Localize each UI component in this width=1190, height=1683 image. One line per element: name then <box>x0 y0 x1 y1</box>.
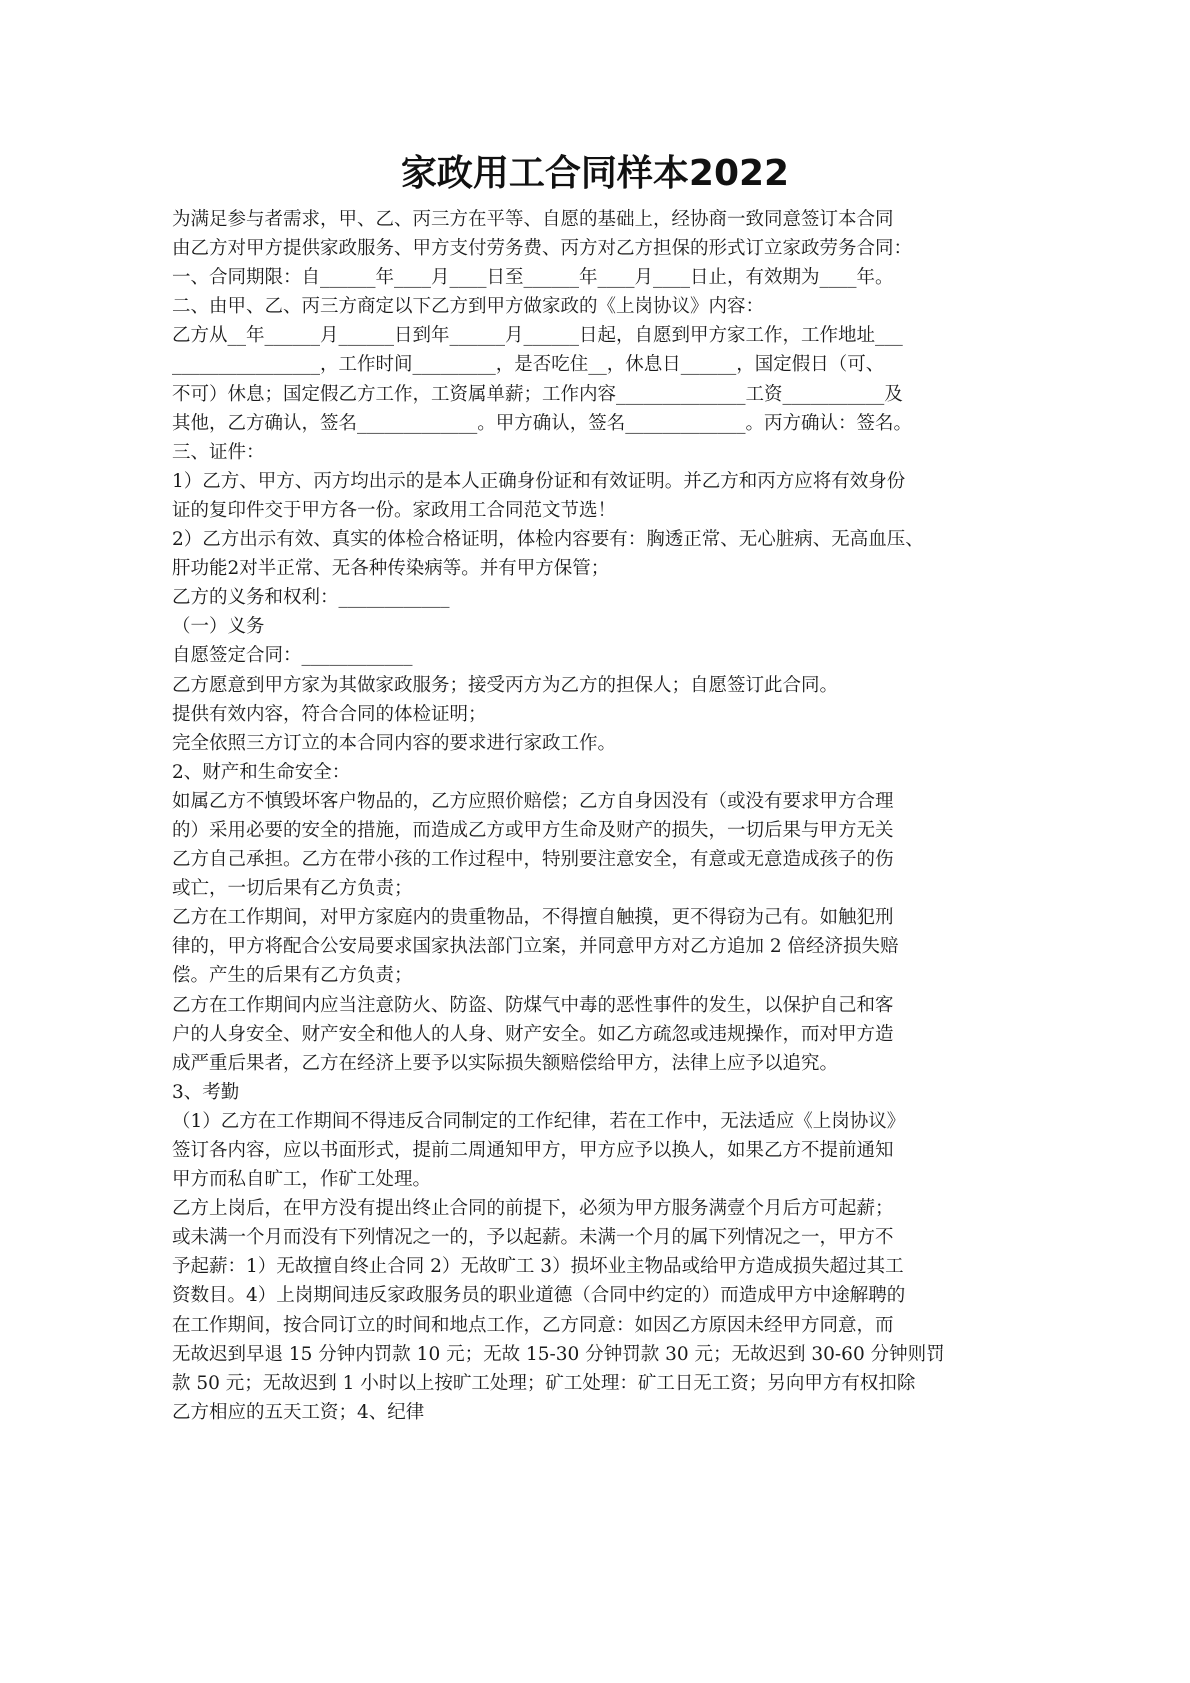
text-line: 乙方在工作期间，对甲方家庭内的贵重物品，不得擅自触摸，更不得窃为己有。如触犯刑 <box>172 903 1028 932</box>
text-line: 款 50 元；无故迟到 1 小时以上按旷工处理；矿工处理：矿工日无工资；另向甲方… <box>172 1369 1028 1398</box>
text-line: 不可）休息；国定假乙方工作，工资属单薪；工作内容______________工资… <box>172 380 1028 409</box>
text-line: 或未满一个月而没有下列情况之一的，予以起薪。未满一个月的属下列情况之一，甲方不 <box>172 1223 1028 1252</box>
text-line: 成严重后果者，乙方在经济上要予以实际损失额赔偿给甲方，法律上应予以追究。 <box>172 1049 1028 1078</box>
text-line: 完全依照三方订立的本合同内容的要求进行家政工作。 <box>172 729 1028 758</box>
document-page: 家政用工合同样本2022 为满足参与者需求，甲、乙、丙三方在平等、自愿的基础上，… <box>0 0 1190 1683</box>
text-line: 签订各内容，应以书面形式，提前二周通知甲方，甲方应予以换人，如果乙方不提前通知 <box>172 1136 1028 1165</box>
text-line: ________________，工作时间_________，是否吃住__，休息… <box>172 350 1028 379</box>
text-line: 偿。产生的后果有乙方负责； <box>172 961 1028 990</box>
text-line: 律的，甲方将配合公安局要求国家执法部门立案，并同意甲方对乙方追加 2 倍经济损失… <box>172 932 1028 961</box>
document-title: 家政用工合同样本2022 <box>0 152 1190 196</box>
text-line: 其他，乙方确认，签名_____________。甲方确认，签名_________… <box>172 409 1028 438</box>
text-line: 无故迟到早退 15 分钟内罚款 10 元；无故 15-30 分钟罚款 30 元；… <box>172 1340 1028 1369</box>
text-line: 乙方愿意到甲方家为其做家政服务；接受丙方为乙方的担保人；自愿签订此合同。 <box>172 671 1028 700</box>
text-line: 3、考勤 <box>172 1078 1028 1107</box>
text-line: 或亡，一切后果有乙方负责； <box>172 874 1028 903</box>
text-line: 甲方而私自旷工，作矿工处理。 <box>172 1165 1028 1194</box>
text-line: 2、财产和生命安全： <box>172 758 1028 787</box>
text-line: 1）乙方、甲方、丙方均出示的是本人正确身份证和有效证明。并乙方和丙方应将有效身份 <box>172 467 1028 496</box>
text-line: （一）义务 <box>172 612 1028 641</box>
text-line: 乙方在工作期间内应当注意防火、防盗、防煤气中毒的恶性事件的发生，以保护自己和客 <box>172 991 1028 1020</box>
text-line: 二、由甲、乙、丙三方商定以下乙方到甲方做家政的《上岗协议》内容： <box>172 292 1028 321</box>
text-line: 由乙方对甲方提供家政服务、甲方支付劳务费、丙方对乙方担保的形式订立家政劳务合同： <box>172 234 1028 263</box>
text-line: 户的人身安全、财产安全和他人的人身、财产安全。如乙方疏忽或违规操作，而对甲方造 <box>172 1020 1028 1049</box>
text-line: 乙方相应的五天工资；4、纪律 <box>172 1398 1028 1427</box>
text-line: 如属乙方不慎毁坏客户物品的，乙方应照价赔偿；乙方自身因没有（或没有要求甲方合理 <box>172 787 1028 816</box>
text-line: 提供有效内容，符合合同的体检证明； <box>172 700 1028 729</box>
text-line: 2）乙方出示有效、真实的体检合格证明，体检内容要有：胸透正常、无心脏病、无高血压… <box>172 525 1028 554</box>
text-line: 一、合同期限：自______年____月____日至______年____月__… <box>172 263 1028 292</box>
text-line: 在工作期间，按合同订立的时间和地点工作，乙方同意：如因乙方原因未经甲方同意，而 <box>172 1311 1028 1340</box>
text-line: 自愿签定合同：____________ <box>172 641 1028 670</box>
text-line: 证的复印件交于甲方各一份。家政用工合同范文节选！ <box>172 496 1028 525</box>
text-line: 乙方的义务和权利：____________ <box>172 583 1028 612</box>
text-line: 予起薪：1）无故擅自终止合同 2）无故旷工 3）损坏业主物品或给甲方造成损失超过… <box>172 1252 1028 1281</box>
text-line: 的）采用必要的安全的措施，而造成乙方或甲方生命及财产的损失，一切后果与甲方无关 <box>172 816 1028 845</box>
text-line: （1）乙方在工作期间不得违反合同制定的工作纪律，若在工作中，无法适应《上岗协议》 <box>172 1107 1028 1136</box>
text-line: 乙方自己承担。乙方在带小孩的工作过程中，特别要注意安全，有意或无意造成孩子的伤 <box>172 845 1028 874</box>
text-line: 肝功能2对半正常、无各种传染病等。并有甲方保管； <box>172 554 1028 583</box>
text-line: 资数目。4）上岗期间违反家政服务员的职业道德（合同中约定的）而造成甲方中途解聘的 <box>172 1281 1028 1310</box>
text-line: 为满足参与者需求，甲、乙、丙三方在平等、自愿的基础上，经协商一致同意签订本合同 <box>172 205 1028 234</box>
text-line: 乙方上岗后，在甲方没有提出终止合同的前提下，必须为甲方服务满壹个月后方可起薪； <box>172 1194 1028 1223</box>
text-line: 乙方从__年______月______日到年______月______日起，自愿… <box>172 321 1028 350</box>
text-line: 三、证件： <box>172 438 1028 467</box>
document-body: 为满足参与者需求，甲、乙、丙三方在平等、自愿的基础上，经协商一致同意签订本合同由… <box>172 205 1028 1427</box>
